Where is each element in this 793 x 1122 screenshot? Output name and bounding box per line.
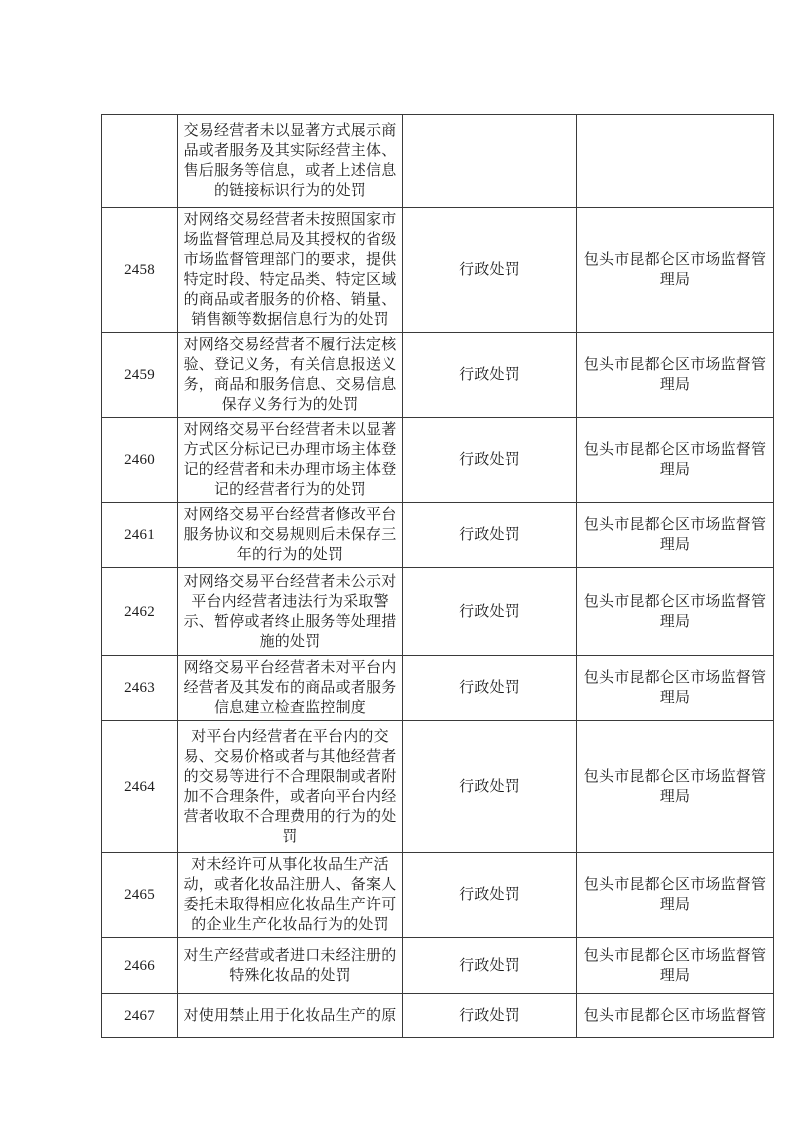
cell-sequence-number: 2460 <box>102 418 178 503</box>
cell-penalty-description: 对网络交易经营者未按照国家市场监督管理总局及其授权的省级市场监督管理部门的要求，… <box>178 208 403 333</box>
cell-implementing-authority: 包头市昆都仑区市场监督管理局 <box>577 938 774 994</box>
cell-penalty-description: 对网络交易平台经营者修改平台服务协议和交易规则后未保存三年的行为的处罚 <box>178 503 403 568</box>
cell-penalty-type: 行政处罚 <box>403 333 577 418</box>
cell-sequence-number: 2467 <box>102 994 178 1038</box>
table-row: 2467 对使用禁止用于化妆品生产的原 行政处罚 包头市昆都仑区市场监督管 <box>102 994 774 1038</box>
cell-penalty-type: 行政处罚 <box>403 568 577 656</box>
document-page: 交易经营者未以显著方式展示商品或者服务及其实际经营主体、售后服务等信息，或者上述… <box>0 0 793 1122</box>
cell-penalty-type: 行政处罚 <box>403 994 577 1038</box>
cell-implementing-authority: 包头市昆都仑区市场监督管理局 <box>577 721 774 853</box>
cell-penalty-description: 交易经营者未以显著方式展示商品或者服务及其实际经营主体、售后服务等信息，或者上述… <box>178 115 403 208</box>
cell-penalty-description: 对网络交易平台经营者未公示对平台内经营者违法行为采取警示、暂停或者终止服务等处理… <box>178 568 403 656</box>
cell-implementing-authority: 包头市昆都仑区市场监督管理局 <box>577 503 774 568</box>
cell-implementing-authority: 包头市昆都仑区市场监督管理局 <box>577 333 774 418</box>
cell-penalty-type: 行政处罚 <box>403 853 577 938</box>
cell-penalty-type: 行政处罚 <box>403 503 577 568</box>
cell-penalty-type: 行政处罚 <box>403 938 577 994</box>
cell-implementing-authority: 包头市昆都仑区市场监督管理局 <box>577 208 774 333</box>
cell-penalty-type: 行政处罚 <box>403 418 577 503</box>
cell-penalty-description: 对网络交易平台经营者未以显著方式区分标记已办理市场主体登记的经营者和未办理市场主… <box>178 418 403 503</box>
cell-sequence-number: 2463 <box>102 656 178 721</box>
table-row: 2465 对未经许可从事化妆品生产活动，或者化妆品注册人、备案人委托未取得相应化… <box>102 853 774 938</box>
cell-penalty-type: 行政处罚 <box>403 721 577 853</box>
cell-penalty-description: 对网络交易经营者不履行法定核验、登记义务，有关信息报送义务，商品和服务信息、交易… <box>178 333 403 418</box>
cell-implementing-authority: 包头市昆都仑区市场监督管理局 <box>577 853 774 938</box>
table-body: 交易经营者未以显著方式展示商品或者服务及其实际经营主体、售后服务等信息，或者上述… <box>102 115 774 1038</box>
cell-sequence-number: 2458 <box>102 208 178 333</box>
cell-penalty-description: 网络交易平台经营者未对平台内经营者及其发布的商品或者服务信息建立检查监控制度 <box>178 656 403 721</box>
cell-implementing-authority: 包头市昆都仑区市场监督管理局 <box>577 568 774 656</box>
cell-penalty-type: 行政处罚 <box>403 656 577 721</box>
cell-penalty-description: 对平台内经营者在平台内的交易、交易价格或者与其他经营者的交易等进行不合理限制或者… <box>178 721 403 853</box>
cell-penalty-type <box>403 115 577 208</box>
cell-sequence-number: 2466 <box>102 938 178 994</box>
cell-implementing-authority <box>577 115 774 208</box>
cell-implementing-authority: 包头市昆都仑区市场监督管 <box>577 994 774 1038</box>
table-row: 2462 对网络交易平台经营者未公示对平台内经营者违法行为采取警示、暂停或者终止… <box>102 568 774 656</box>
cell-penalty-description: 对生产经营或者进口未经注册的特殊化妆品的处罚 <box>178 938 403 994</box>
cell-sequence-number: 2464 <box>102 721 178 853</box>
table-row: 2458 对网络交易经营者未按照国家市场监督管理总局及其授权的省级市场监督管理部… <box>102 208 774 333</box>
cell-sequence-number <box>102 115 178 208</box>
table-row: 2464 对平台内经营者在平台内的交易、交易价格或者与其他经营者的交易等进行不合… <box>102 721 774 853</box>
cell-implementing-authority: 包头市昆都仑区市场监督管理局 <box>577 418 774 503</box>
cell-sequence-number: 2461 <box>102 503 178 568</box>
cell-sequence-number: 2462 <box>102 568 178 656</box>
table-row: 2463 网络交易平台经营者未对平台内经营者及其发布的商品或者服务信息建立检查监… <box>102 656 774 721</box>
penalty-items-table: 交易经营者未以显著方式展示商品或者服务及其实际经营主体、售后服务等信息，或者上述… <box>101 114 774 1038</box>
table-row: 2461 对网络交易平台经营者修改平台服务协议和交易规则后未保存三年的行为的处罚… <box>102 503 774 568</box>
cell-penalty-description: 对未经许可从事化妆品生产活动，或者化妆品注册人、备案人委托未取得相应化妆品生产许… <box>178 853 403 938</box>
table-row: 交易经营者未以显著方式展示商品或者服务及其实际经营主体、售后服务等信息，或者上述… <box>102 115 774 208</box>
table-row: 2466 对生产经营或者进口未经注册的特殊化妆品的处罚 行政处罚 包头市昆都仑区… <box>102 938 774 994</box>
cell-sequence-number: 2465 <box>102 853 178 938</box>
cell-sequence-number: 2459 <box>102 333 178 418</box>
table-row: 2460 对网络交易平台经营者未以显著方式区分标记已办理市场主体登记的经营者和未… <box>102 418 774 503</box>
cell-penalty-type: 行政处罚 <box>403 208 577 333</box>
cell-implementing-authority: 包头市昆都仑区市场监督管理局 <box>577 656 774 721</box>
cell-penalty-description: 对使用禁止用于化妆品生产的原 <box>178 994 403 1038</box>
table-row: 2459 对网络交易经营者不履行法定核验、登记义务，有关信息报送义务，商品和服务… <box>102 333 774 418</box>
